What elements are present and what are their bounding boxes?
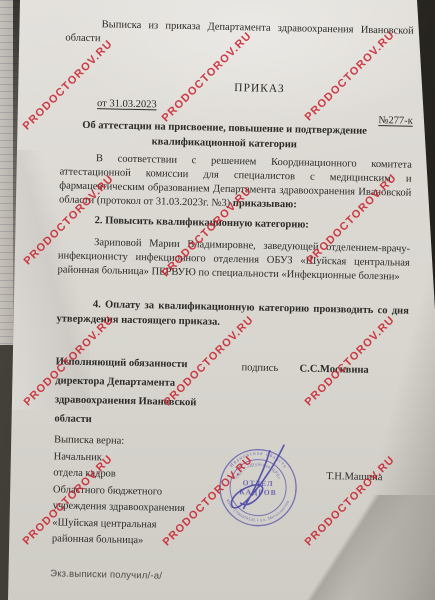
signature-word: подпись: [241, 358, 278, 378]
subject-heading: Об аттестации на присвоение, повышение и…: [48, 117, 401, 154]
stamp-ring-bottom-text: ИНН 3706009545 • ул. Металлистов: [225, 498, 290, 523]
text-line: области: [54, 409, 244, 432]
awardee-paragraph: Зариповой Марии Владимировне, заведующей…: [57, 235, 410, 284]
received-line: Экз.выписки получил/-а/: [50, 567, 162, 583]
order-heading: ПРИКАЗ: [84, 78, 434, 99]
acting-director-block: Исполняющий обязанностидиректора Департа…: [54, 352, 408, 435]
corner-fold-shadow: [295, 495, 435, 600]
scanned-order-photo: Выписка из приказа Департамента здравоох…: [0, 0, 435, 600]
acting-director-position: Исполняющий обязанностидиректора Департа…: [54, 352, 246, 432]
